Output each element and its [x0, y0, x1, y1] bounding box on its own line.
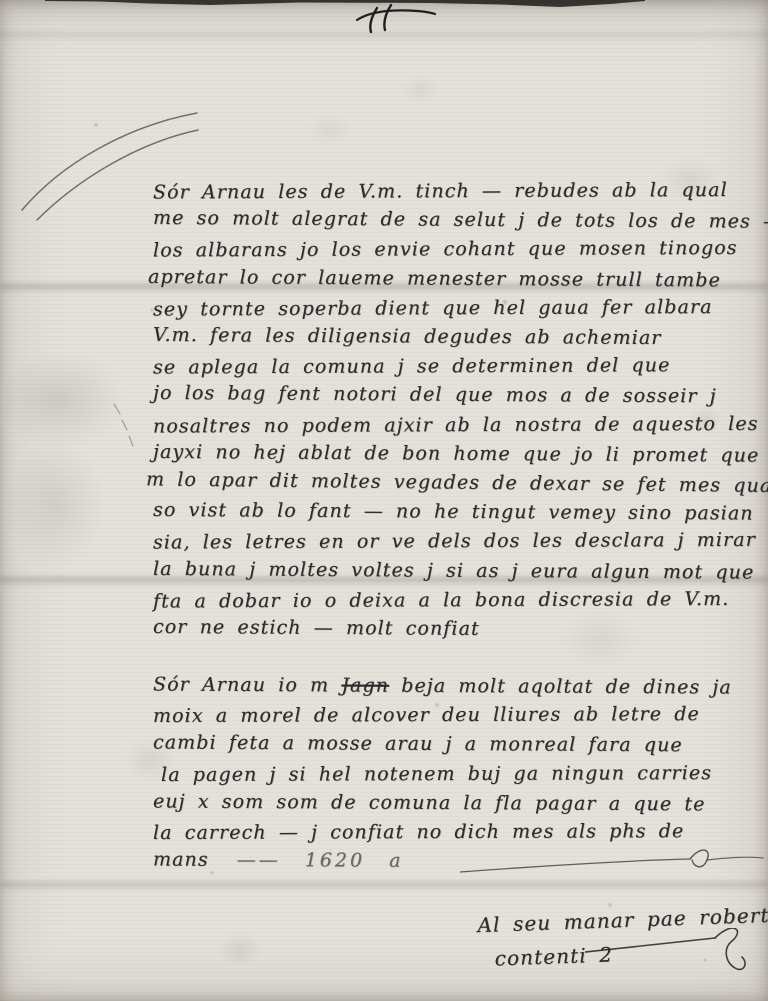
handwritten-line: nosaltres no podem ajxir ab la nostra de…: [153, 409, 768, 441]
handwritten-line: se aplega la comuna j se determinen del …: [153, 351, 768, 383]
margin-pen-dashes: [112, 402, 136, 452]
struck-out-word: Jagn: [341, 674, 389, 696]
top-edge-shadow: [0, 0, 768, 12]
fold-crease: [0, 878, 768, 893]
handwritten-line: sia, les letres en or ve dels dos les de…: [153, 526, 768, 558]
handwritten-line: moix a morel de alcover deu lliures ab l…: [153, 700, 732, 731]
handwritten-line: fta a dobar io o deixa a la bona discres…: [153, 584, 768, 616]
date-year: 1620: [305, 846, 366, 876]
handwritten-line: los albarans jo los envie cohant que mos…: [153, 234, 768, 266]
manuscript-page: Sór Arnau les de V.m. tinch — rebudes ab…: [0, 0, 768, 1001]
letter-paragraph-2: Sór Arnau io m Jagn beja molt aqoltat de…: [153, 672, 732, 876]
handwritten-line: la buna j moltes voltes j si as j eura a…: [153, 555, 768, 588]
handwritten-line: sey tornte soperba dient que hel gaua fe…: [153, 292, 768, 324]
signature-block: Al seu manar pae robert contenti 2: [477, 898, 768, 976]
handwritten-line: cambi feta a mosse arau j a monreal fara…: [153, 729, 732, 761]
line-text: beja molt aqoltat de dines ja: [389, 675, 732, 699]
date-dash: ——: [237, 846, 281, 875]
handwritten-line: so vist ab lo fant — no he tingut vemey …: [153, 496, 768, 529]
line-text: Sór Arnau io m: [153, 673, 341, 696]
handwritten-line: Sór Arnau les de V.m. tinch — rebudes ab…: [153, 176, 768, 208]
handwritten-line: la carrech — j confiat no dich mes als p…: [153, 817, 732, 848]
handwritten-line: Sór Arnau io m Jagn beja molt aqoltat de…: [153, 670, 732, 702]
date-suffix: a: [389, 847, 403, 876]
letter-paragraph-1: Sór Arnau les de V.m. tinch — rebudes ab…: [153, 177, 768, 644]
date-word: mans: [153, 846, 209, 875]
handwritten-line: V.m. fera les diligensia degudes ab ache…: [153, 321, 768, 354]
handwritten-line: jo los bag fent notori del que mos a de …: [153, 379, 768, 412]
handwritten-line: euj x som som de comuna la fla pagar a q…: [153, 787, 732, 819]
date-line: mans——1620a: [153, 846, 732, 878]
fold-crease: [0, 28, 768, 43]
handwritten-line: cor ne estich — molt confiat: [153, 613, 768, 646]
handwritten-line: me so molt alegrat de sa selut j de tots…: [153, 204, 768, 237]
handwritten-line: la pagen j si hel notenem buj ga ningun …: [161, 759, 732, 790]
handwritten-line: apretar lo cor laueme menester mosse tru…: [148, 263, 768, 296]
